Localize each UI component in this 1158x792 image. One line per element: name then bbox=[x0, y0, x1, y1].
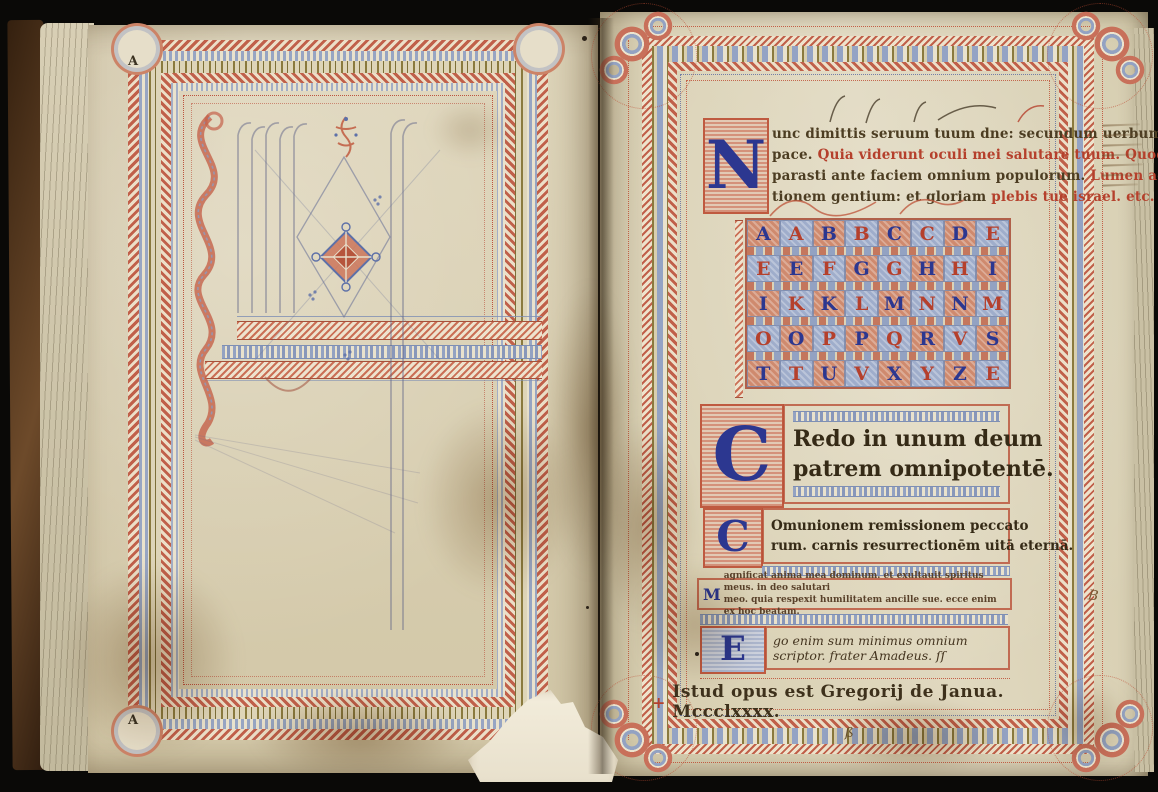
margin-rule bbox=[650, 26, 1090, 27]
alphabet-row-divider bbox=[747, 352, 1009, 360]
credo-panel: Redo in unum deum patrem omnipotentē. bbox=[783, 404, 1010, 504]
braid-divider bbox=[793, 486, 1000, 497]
initial-E-panel: E bbox=[700, 626, 766, 674]
credo-line1: Redo in unum deum bbox=[793, 426, 1000, 452]
ego-panel: go enim sum minimus omnium scriptor. fra… bbox=[765, 626, 1010, 670]
signature-mark: B bbox=[1087, 587, 1099, 604]
alphabet-cell: O bbox=[780, 325, 813, 352]
communionem-line1: Omunionem remissionem peccato bbox=[771, 516, 1001, 536]
initial-E: E bbox=[720, 629, 746, 669]
magnificat-line1: agnificat anima mea dominum. et exultaui… bbox=[724, 570, 1006, 594]
alphabet-cell: D bbox=[944, 220, 977, 247]
alphabet-cell: O bbox=[747, 325, 780, 352]
speck bbox=[586, 606, 589, 609]
corner-knotwork bbox=[596, 8, 692, 104]
alphabet-cell: P bbox=[813, 325, 846, 352]
alphabet-cell: V bbox=[845, 360, 878, 387]
alphabet-cell: A bbox=[747, 220, 780, 247]
alphabet-cell: G bbox=[878, 255, 911, 282]
marginal-notes bbox=[1102, 116, 1146, 246]
text-segment: unc dimittis seruum tuum dne: secundum u… bbox=[772, 126, 1158, 142]
pen-trials-sketch bbox=[170, 105, 550, 665]
speck bbox=[695, 652, 699, 656]
initial-N: N bbox=[706, 126, 766, 204]
margin-rule bbox=[628, 40, 629, 740]
alphabet-cell: F bbox=[813, 255, 846, 282]
braid-divider bbox=[700, 614, 1008, 625]
alphabet-row-divider bbox=[747, 247, 1009, 255]
corner-letter-mark: A bbox=[128, 713, 138, 728]
alphabet-cell: Q bbox=[878, 325, 911, 352]
page-edges-left bbox=[40, 23, 94, 771]
alphabet-cell: S bbox=[976, 325, 1009, 352]
alphabet-cell: U bbox=[813, 360, 846, 387]
alphabet-cell: B bbox=[813, 220, 846, 247]
speck bbox=[582, 36, 587, 41]
alphabet-cell: E bbox=[976, 360, 1009, 387]
alphabet-cell: I bbox=[747, 290, 780, 317]
initial-M: M bbox=[703, 585, 721, 604]
alphabet-row: AABBCCDE bbox=[747, 220, 1009, 247]
alphabet-cell: N bbox=[911, 290, 944, 317]
corner-lobe bbox=[513, 23, 565, 75]
alphabet-cell: G bbox=[845, 255, 878, 282]
alphabet-row: IKKLMNNM bbox=[747, 290, 1009, 317]
credo-line2: patrem omnipotentē. bbox=[793, 456, 1000, 482]
alphabet-row: EEFGGHHI bbox=[747, 255, 1009, 282]
communionem-line2: rum. carnis resurrectionēm uitā eternā. bbox=[771, 536, 1001, 556]
nunc-dimittis-line: pace. Quia viderunt oculi mei salutare t… bbox=[772, 145, 1078, 166]
alphabet-cell: T bbox=[747, 360, 780, 387]
alphabet-edge-band bbox=[735, 220, 743, 398]
colophon-text: Istud opus est Gregorij de Janua. Mccclx… bbox=[672, 682, 1082, 722]
magnificat-panel: M agnificat anima mea dominum. et exulta… bbox=[697, 578, 1012, 610]
alphabet-cell: B bbox=[845, 220, 878, 247]
communionem-panel: Omunionem remissionem peccato rum. carni… bbox=[762, 508, 1010, 564]
alphabet-cell: K bbox=[813, 290, 846, 317]
alphabet-cell: A bbox=[780, 220, 813, 247]
initial-C: C bbox=[716, 512, 749, 561]
alphabet-cell: L bbox=[845, 290, 878, 317]
model-alphabet-grid: AABBCCDEEEFGGHHIIKKLMNNMOOPPQRVSTTUVXYZE bbox=[745, 218, 1011, 389]
alphabet-cell: R bbox=[911, 325, 944, 352]
alphabet-cell: C bbox=[878, 220, 911, 247]
alphabet-cell: H bbox=[911, 255, 944, 282]
alphabet-row-divider bbox=[747, 317, 1009, 325]
alphabet-row: TTUVXYZE bbox=[747, 360, 1009, 387]
quire-mark: ß bbox=[845, 726, 854, 741]
manuscript-photo: A A bbox=[0, 0, 1158, 792]
alphabet-cell: Y bbox=[911, 360, 944, 387]
alphabet-cell: E bbox=[976, 220, 1009, 247]
alphabet-cell: C bbox=[911, 220, 944, 247]
ascender-flourishes bbox=[818, 90, 1068, 126]
text-segment: pace. bbox=[772, 147, 818, 163]
corner-letter-mark: A bbox=[128, 54, 138, 69]
alphabet-cell: K bbox=[780, 290, 813, 317]
ego-line: go enim sum minimus omnium scriptor. fra… bbox=[773, 633, 1002, 663]
margin-rule bbox=[700, 678, 1010, 679]
braid-divider bbox=[793, 411, 1000, 422]
alphabet-cell: E bbox=[780, 255, 813, 282]
nunc-dimittis-line: unc dimittis seruum tuum dne: secundum u… bbox=[772, 124, 1078, 145]
alphabet-cell: E bbox=[747, 255, 780, 282]
alphabet-cell: H bbox=[944, 255, 977, 282]
alphabet-cell: T bbox=[780, 360, 813, 387]
alphabet-cell: M bbox=[976, 290, 1009, 317]
initial-C-panel: C bbox=[703, 508, 763, 568]
colophon: + Istud opus est Gregorij de Janua. Mccc… bbox=[652, 690, 1082, 714]
alphabet-cell: M bbox=[878, 290, 911, 317]
alphabet-cell: P bbox=[845, 325, 878, 352]
alphabet-cell: X bbox=[878, 360, 911, 387]
initial-C: C bbox=[713, 412, 772, 498]
alphabet-row: OOPPQRVS bbox=[747, 325, 1009, 352]
margin-rule bbox=[650, 762, 1090, 763]
alphabet-cell: Z bbox=[944, 360, 977, 387]
alphabet-row-divider bbox=[747, 282, 1009, 290]
alphabet-cell: I bbox=[976, 255, 1009, 282]
initial-C-panel: C bbox=[700, 404, 784, 508]
alphabet-cell: N bbox=[944, 290, 977, 317]
colophon-cross-icon: + bbox=[652, 693, 665, 712]
alphabet-cell: V bbox=[944, 325, 977, 352]
